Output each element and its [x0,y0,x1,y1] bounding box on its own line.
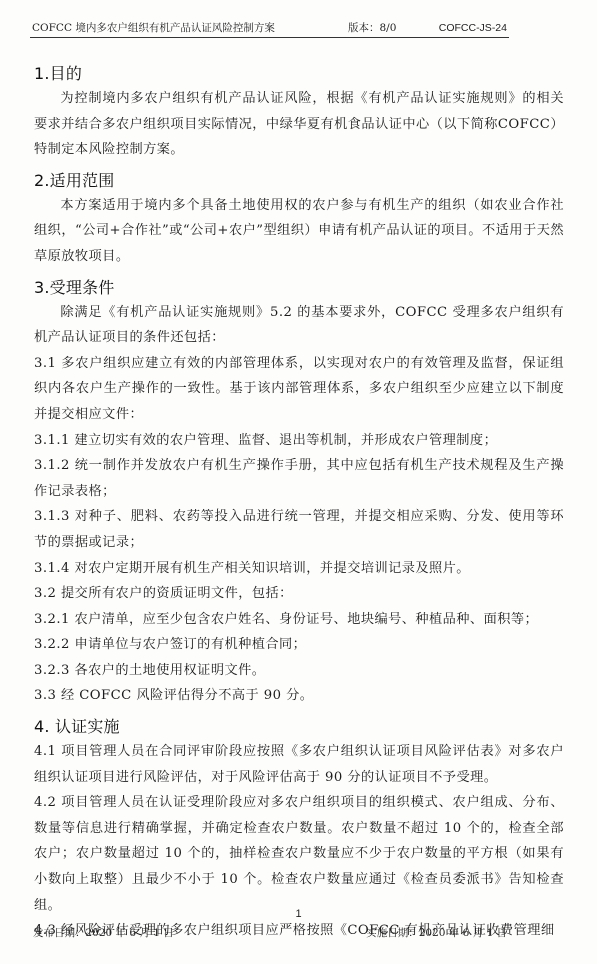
section-heading: 3.受理条件 [34,276,564,300]
clause-3-3: 3.3 经 COFCC 风险评估得分不高于 90 分。 [34,683,564,709]
section-scope: 2.适用范围 本方案适用于境内多个具备土地使用权的农户参与有机生产的组织（如农业… [34,169,564,270]
section-acceptance-conditions: 3.受理条件 除满足《有机产品认证实施规则》5.2 的基本要求外，COFCC 受… [34,276,564,710]
clause-3-2-3: 3.2.3 各农户的土地使用权证明文件。 [34,658,564,684]
clause-3-1: 3.1 多农户组织应建立有效的内部管理体系，以实现对农户的有效管理及监督，保证组… [34,351,564,428]
clause-3-1-2: 3.1.2 统一制作并发放农户有机生产操作手册，其中应包括有机生产技术规程及生产… [34,453,564,504]
clause-4-1: 4.1 项目管理人员在合同评审阶段应按照《多农户组织认证项目风险评估表》对多农户… [34,739,564,790]
effective-date: 实施日期：2020 年 6 月 1 日 [366,925,507,940]
page-number: 1 [0,908,597,920]
clause-3-1-3: 3.1.3 对种子、肥料、农药等投入品进行统一管理，并提交相应采购、分发、使用等… [34,504,564,555]
section-heading: 2.适用范围 [34,169,564,193]
clause-3-2-2: 3.2.2 申请单位与农户签订的有机种植合同； [34,632,564,658]
clause-4-2: 4.2 项目管理人员在认证受理阶段应对多农户组织项目的组织模式、农户组成、分布、… [34,790,564,918]
document-body: 1.目的 为控制境内多农户组织有机产品认证风险，根据《有机产品认证实施规则》的相… [34,62,564,944]
publish-date: 发布日期：2020 年 6 月 1 日 [33,925,174,940]
section-purpose: 1.目的 为控制境内多农户组织有机产品认证风险，根据《有机产品认证实施规则》的相… [34,62,564,163]
paragraph: 为控制境内多农户组织有机产品认证风险，根据《有机产品认证实施规则》的相关要求并结… [34,86,564,163]
document-code: COFCC-JS-24 [439,20,507,36]
section-heading: 4. 认证实施 [34,715,564,739]
version-label: 版本：8/0 [348,20,396,36]
section-heading: 1.目的 [34,62,564,86]
paragraph: 本方案适用于境内多个具备土地使用权的农户参与有机生产的组织（如农业合作社组织，“… [34,193,564,270]
page-header: COFCC 境内多农户组织有机产品认证风险控制方案 版本：8/0 COFCC-J… [30,20,509,38]
paragraph: 除满足《有机产品认证实施规则》5.2 的基本要求外，COFCC 受理多农户组织有… [34,300,564,351]
clause-3-1-4: 3.1.4 对农户定期开展有机生产相关知识培训，并提交培训记录及照片。 [34,556,564,582]
clause-3-2: 3.2 提交所有农户的资质证明文件，包括： [34,581,564,607]
clause-3-2-1: 3.2.1 农户清单，应至少包含农户姓名、身份证号、地块编号、种植品种、面积等； [34,607,564,633]
clause-3-1-1: 3.1.1 建立切实有效的农户管理、监督、退出等机制，并形成农户管理制度； [34,428,564,454]
document-title: COFCC 境内多农户组织有机产品认证风险控制方案 [32,20,275,36]
